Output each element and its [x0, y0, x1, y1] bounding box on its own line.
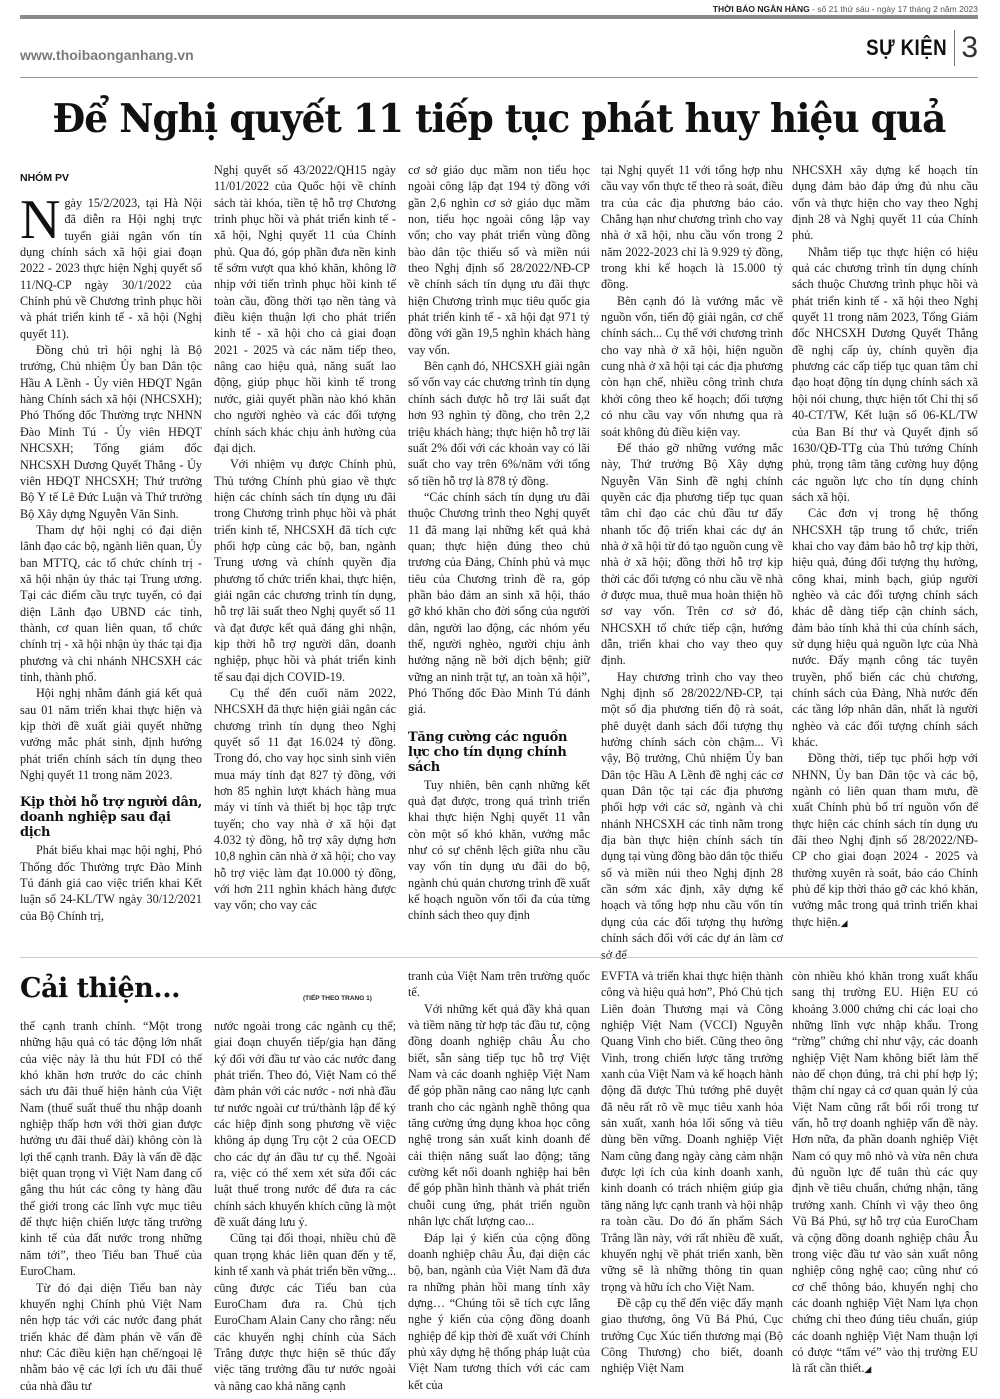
article2-column-1: thế cạnh tranh chính. “Một trong những h… — [20, 1018, 202, 1394]
article2-column-5: còn nhiều khó khăn trong xuất khẩu sang … — [792, 968, 978, 1378]
website-url: www.thoibaonganhang.vn — [20, 47, 194, 63]
end-mark-icon: ◢ — [864, 1364, 871, 1374]
paragraph: Với những kết quả đầy khả quan và tiềm n… — [408, 1001, 590, 1230]
article1-column-4: tại Nghị quyết 11 với tổng hợp nhu cầu v… — [601, 162, 783, 963]
article1-column-5: NHCSXH xây dựng kế hoạch tín dụng đảm bả… — [792, 162, 978, 931]
subhead: Tăng cường các nguồn lực cho tín dụng ch… — [408, 730, 590, 775]
end-mark-icon: ◢ — [841, 918, 848, 928]
paragraph: Đồng thời, tiếp tục phối hợp với NHNN, Ủ… — [792, 751, 978, 928]
paragraph: Các đơn vị trong hệ thống NHCSXH tập tru… — [792, 505, 978, 750]
section-header: SỰ KIỆN 3 — [851, 28, 978, 68]
dropcap: N — [20, 197, 60, 243]
paragraph: Đề cập cụ thể đến việc đẩy mạnh giao thư… — [601, 1295, 783, 1377]
article1-headline: Để Nghị quyết 11 tiếp tục phát huy hiệu … — [39, 96, 959, 142]
article1-column-2: Nghị quyết số 43/2022/QH15 ngày 11/01/20… — [214, 162, 396, 914]
top-rule — [20, 15, 978, 19]
paragraph: Từ đó đại diện Tiểu ban này khuyến nghị … — [20, 1280, 202, 1394]
paragraph: Tuy nhiên, bên cạnh những kết quả đạt đư… — [408, 777, 590, 924]
paragraph: Đáp lại ý kiến của cộng đồng doanh nghiệ… — [408, 1230, 590, 1393]
paragraph: NHCSXH xây dựng kế hoạch tín dụng đảm bả… — [792, 162, 978, 244]
paragraph: Tham dự hội nghị có đại diện lãnh đạo cá… — [20, 522, 202, 685]
article2-column-3: tranh của Việt Nam trên trường quốc tế. … — [408, 968, 590, 1393]
header-rule — [20, 77, 978, 78]
paragraph: còn nhiều khó khăn trong xuất khẩu sang … — [792, 969, 978, 1375]
paragraph: Để tháo gỡ những vướng mắc này, Thứ trưở… — [601, 440, 783, 669]
masthead-issue-line: THỜI BÁO NGÂN HÀNG - số 21 thứ sáu - ngà… — [713, 4, 978, 14]
article2-headline: Cải thiện... — [20, 973, 180, 1004]
article1-column-3: cơ sở giáo dục mầm non tiểu học ngoài cô… — [408, 162, 590, 924]
paragraph: Hay chương trình cho vay theo Nghị định … — [601, 669, 783, 963]
paragraph: Hội nghị nhằm đánh giá kết quả sau 01 nă… — [20, 685, 202, 783]
section-divider — [954, 30, 955, 66]
paragraph: Cụ thể đến cuối năm 2022, NHCSXH đã thực… — [214, 685, 396, 914]
paragraph: “Các chính sách tín dụng ưu đãi thuộc Ch… — [408, 489, 590, 718]
paragraph: tranh của Việt Nam trên trường quốc tế. — [408, 968, 590, 1001]
paragraph: Nghị quyết số 43/2022/QH15 ngày 11/01/20… — [214, 162, 396, 456]
paragraph: Cũng tại đối thoại, nhiều chủ đề quan tr… — [214, 1230, 396, 1393]
article1-column-1: Ngày 15/2/2023, tại Hà Nội đã diễn ra Hộ… — [20, 195, 202, 924]
article2-column-2: nước ngoài trong các ngành cụ thể; giai … — [214, 1018, 396, 1394]
article-separator — [20, 957, 978, 958]
paragraph: Với nhiệm vụ được Chính phủ, Thủ tướng C… — [214, 456, 396, 685]
paragraph: Bên cạnh đó là vướng mắc về nguồn vốn, t… — [601, 293, 783, 440]
issue-info: - số 21 thứ sáu - ngày 17 tháng 2 năm 20… — [810, 4, 978, 14]
paragraph: Đồng chủ trì hội nghị là Bộ trưởng, Chủ … — [20, 342, 202, 522]
continued-from-label: (TIẾP THEO TRANG 1) — [303, 995, 372, 1002]
paragraph: nước ngoài trong các ngành cụ thể; giai … — [214, 1018, 396, 1230]
section-name: SỰ KIỆN — [866, 35, 952, 61]
paragraph: tại Nghị quyết 11 với tổng hợp nhu cầu v… — [601, 162, 783, 293]
subhead: Kịp thời hỗ trợ người dân, doanh nghiệp … — [20, 795, 202, 840]
paragraph: Bên cạnh đó, NHCSXH giải ngân số vốn vay… — [408, 358, 590, 489]
paragraph: cơ sở giáo dục mầm non tiểu học ngoài cô… — [408, 162, 590, 358]
paragraph: thế cạnh tranh chính. “Một trong những h… — [20, 1018, 202, 1280]
paragraph: Nhằm tiếp tục thực hiện có hiệu quả các … — [792, 244, 978, 506]
page-number: 3 — [961, 31, 978, 65]
article1-byline: NHÓM PV — [20, 172, 69, 184]
article2-column-4: EVFTA và triển khai thực hiện thành công… — [601, 968, 783, 1377]
paragraph: Phát biểu khai mạc hội nghị, Phó Thống đ… — [20, 842, 202, 924]
paper-name: THỜI BÁO NGÂN HÀNG — [713, 4, 810, 14]
paragraph: EVFTA và triển khai thực hiện thành công… — [601, 968, 783, 1295]
